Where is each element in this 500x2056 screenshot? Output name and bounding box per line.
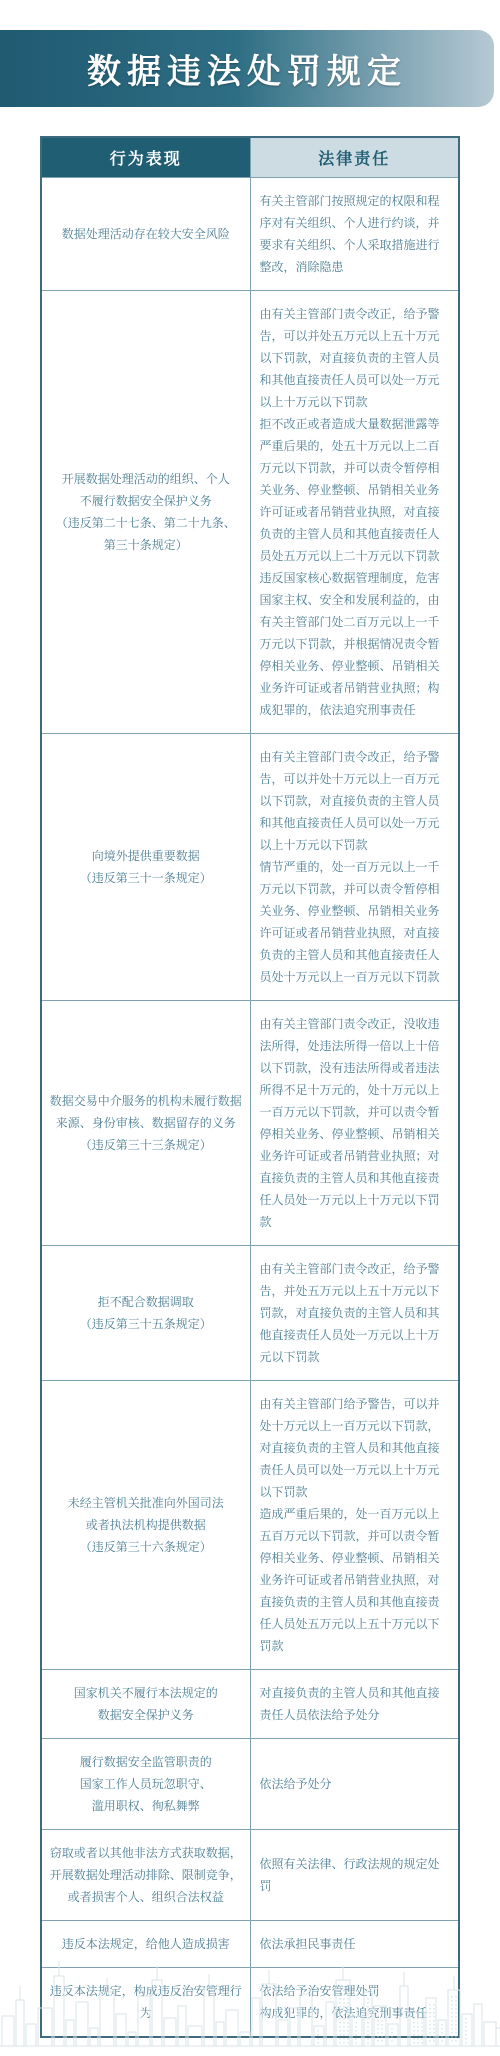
liability-paragraph: 由有关主管部门责令改正，给予警告，可以并处十万元以上一百万元以下罚款，对直接负责… (260, 746, 450, 856)
liability-cell: 由有关主管部门责令改正，没收违法所得，处违法所得一倍以上十倍以下罚款，没有违法所… (250, 1001, 459, 1246)
behavior-line: 开展数据处理活动的组织、个人 (46, 468, 246, 490)
behavior-line: 数据安全保护义务 (46, 1704, 246, 1726)
behavior-line: 或者执法机构提供数据 (46, 1514, 246, 1536)
behavior-cell: 拒不配合数据调取（违反第三十五条规定） (41, 1246, 250, 1381)
liability-cell: 由有关主管部门给予警告，可以并处十万元以上一百万元以下罚款，对直接负责的主管人员… (250, 1381, 459, 1670)
liability-cell: 有关主管部门按照规定的权限和程序对有关组织、个人进行约谈，并要求有关组织、个人采… (250, 178, 459, 291)
liability-cell: 对直接负责的主管人员和其他直接责任人员依法给予处分 (250, 1670, 459, 1739)
liability-paragraph: 违反国家核心数据管理制度，危害国家主权、安全和发展利益的，由有关主管部门处二百万… (260, 567, 450, 721)
behavior-line: （违反第二十七条、第二十九条、 (46, 512, 246, 534)
behavior-line: 拒不配合数据调取 (46, 1291, 246, 1313)
behavior-line: 数据处理活动存在较大安全风险 (46, 223, 246, 245)
behavior-line: 或者损害个人、组织合法权益 (46, 1886, 246, 1908)
title-banner: 数据违法处罚规定 (0, 30, 494, 107)
column-header-liability: 法律责任 (250, 137, 459, 178)
liability-paragraph: 造成严重后果的，处一百万元以上五百万元以下罚款，并可以责令暂停相关业务、停业整顿… (260, 1503, 450, 1657)
behavior-line: 履行数据安全监管职责的 (46, 1751, 246, 1773)
behavior-cell: 开展数据处理活动的组织、个人不履行数据安全保护义务（违反第二十七条、第二十九条、… (41, 291, 250, 734)
liability-paragraph: 依法给予处分 (260, 1773, 450, 1795)
behavior-line: 数据交易中介服务的机构未履行数据 (46, 1090, 246, 1112)
behavior-line: 滥用职权、徇私舞弊 (46, 1795, 246, 1817)
liability-cell: 依法给予处分 (250, 1739, 459, 1830)
behavior-line: 开展数据处理活动排除、限制竞争， (46, 1864, 246, 1886)
table-row: 窃取或者以其他非法方式获取数据，开展数据处理活动排除、限制竞争，或者损害个人、组… (41, 1830, 459, 1921)
penalty-table: 行为表现 法律责任 数据处理活动存在较大安全风险有关主管部门按照规定的权限和程序… (40, 136, 460, 2038)
table-row: 履行数据安全监管职责的国家工作人员玩忽职守、滥用职权、徇私舞弊依法给予处分 (41, 1739, 459, 1830)
table-row: 数据处理活动存在较大安全风险有关主管部门按照规定的权限和程序对有关组织、个人进行… (41, 178, 459, 291)
liability-cell: 由有关主管部门责令改正，给予警告，并处五万元以上五十万元以下罚款，对直接负责的主… (250, 1246, 459, 1381)
table-row: 国家机关不履行本法规定的数据安全保护义务对直接负责的主管人员和其他直接责任人员依… (41, 1670, 459, 1739)
liability-cell: 由有关主管部门责令改正，给予警告，可以并处十万元以上一百万元以下罚款，对直接负责… (250, 734, 459, 1001)
liability-paragraph: 对直接负责的主管人员和其他直接责任人员依法给予处分 (260, 1682, 450, 1726)
behavior-line: 向境外提供重要数据 (46, 845, 246, 867)
liability-cell: 由有关主管部门责令改正，给予警告，可以并处五万元以上五十万元以下罚款，对直接负责… (250, 291, 459, 734)
behavior-cell: 数据处理活动存在较大安全风险 (41, 178, 250, 291)
liability-paragraph: 依照有关法律、行政法规的规定处罚 (260, 1853, 450, 1897)
city-skyline-graphic (0, 1936, 500, 2056)
liability-paragraph: 情节严重的，处一百万元以上一千万元以下罚款，并可以责令暂停相关业务、停业整顿、吊… (260, 856, 450, 988)
table-row: 开展数据处理活动的组织、个人不履行数据安全保护义务（违反第二十七条、第二十九条、… (41, 291, 459, 734)
behavior-line: （违反第三十六条规定） (46, 1536, 246, 1558)
behavior-line: 不履行数据安全保护义务 (46, 490, 246, 512)
behavior-line: 窃取或者以其他非法方式获取数据， (46, 1842, 246, 1864)
behavior-cell: 履行数据安全监管职责的国家工作人员玩忽职守、滥用职权、徇私舞弊 (41, 1739, 250, 1830)
behavior-cell: 窃取或者以其他非法方式获取数据，开展数据处理活动排除、限制竞争，或者损害个人、组… (41, 1830, 250, 1921)
table-body: 数据处理活动存在较大安全风险有关主管部门按照规定的权限和程序对有关组织、个人进行… (41, 178, 459, 2038)
behavior-line: （违反第三十五条规定） (46, 1313, 246, 1335)
behavior-cell: 向境外提供重要数据（违反第三十一条规定） (41, 734, 250, 1001)
behavior-line: 未经主管机关批准向外国司法 (46, 1492, 246, 1514)
header-row: 行为表现 法律责任 (41, 137, 459, 178)
liability-paragraph: 有关主管部门按照规定的权限和程序对有关组织、个人进行约谈，并要求有关组织、个人采… (260, 190, 450, 278)
column-header-behavior: 行为表现 (41, 137, 250, 178)
liability-paragraph: 由有关主管部门责令改正，给予警告，可以并处五万元以上五十万元以下罚款，对直接负责… (260, 303, 450, 413)
table-row: 数据交易中介服务的机构未履行数据来源、身份审核、数据留存的义务（违反第三十三条规… (41, 1001, 459, 1246)
behavior-line: 来源、身份审核、数据留存的义务 (46, 1112, 246, 1134)
liability-paragraph: 由有关主管部门责令改正，没收违法所得，处违法所得一倍以上十倍以下罚款，没有违法所… (260, 1013, 450, 1233)
liability-paragraph: 由有关主管部门给予警告，可以并处十万元以上一百万元以下罚款，对直接负责的主管人员… (260, 1393, 450, 1503)
liability-paragraph: 由有关主管部门责令改正，给予警告，并处五万元以上五十万元以下罚款，对直接负责的主… (260, 1258, 450, 1368)
page-title: 数据违法处罚规定 (87, 44, 407, 93)
behavior-line: （违反第三十三条规定） (46, 1134, 246, 1156)
behavior-line: 国家机关不履行本法规定的 (46, 1682, 246, 1704)
table-row: 未经主管机关批准向外国司法或者执法机构提供数据（违反第三十六条规定）由有关主管部… (41, 1381, 459, 1670)
behavior-cell: 国家机关不履行本法规定的数据安全保护义务 (41, 1670, 250, 1739)
table-row: 向境外提供重要数据（违反第三十一条规定）由有关主管部门责令改正，给予警告，可以并… (41, 734, 459, 1001)
behavior-line: 国家工作人员玩忽职守、 (46, 1773, 246, 1795)
behavior-line: （违反第三十一条规定） (46, 867, 246, 889)
table-head: 行为表现 法律责任 (41, 137, 459, 178)
behavior-cell: 数据交易中介服务的机构未履行数据来源、身份审核、数据留存的义务（违反第三十三条规… (41, 1001, 250, 1246)
table-row: 拒不配合数据调取（违反第三十五条规定）由有关主管部门责令改正，给予警告，并处五万… (41, 1246, 459, 1381)
behavior-line: 第三十条规定） (46, 534, 246, 556)
behavior-cell: 未经主管机关批准向外国司法或者执法机构提供数据（违反第三十六条规定） (41, 1381, 250, 1670)
liability-paragraph: 拒不改正或者造成大量数据泄露等严重后果的，处五十万元以上二百万元以下罚款，并可以… (260, 413, 450, 567)
liability-cell: 依照有关法律、行政法规的规定处罚 (250, 1830, 459, 1921)
